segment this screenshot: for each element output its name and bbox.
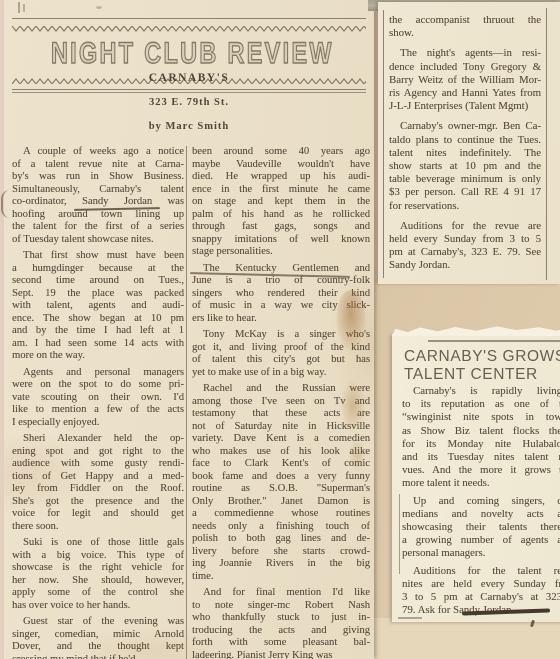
text-line: dence included Tony Gregory & (389, 61, 541, 74)
paragraph: The night's agents—in resi-dence include… (389, 47, 541, 113)
text-line: routine as S.O.B. "Superman's (192, 483, 370, 496)
side-partial-rule (399, 494, 400, 574)
text-line: for its Monday nite Hulabalo (402, 438, 560, 451)
text-line: polish to both gag lines and de- (192, 533, 370, 546)
paragraph: Sheri Alexander held the op-ening spot a… (12, 433, 184, 533)
text-line: and by the time I had left at 1 (12, 325, 184, 338)
text-line: through fast gags, songs and (192, 221, 370, 234)
side-clipping-bottom-text: Carnaby's is rapidly livingto its reputa… (402, 385, 560, 617)
text-line: The night's agents—in resi- (389, 47, 541, 60)
side-right-rule (546, 8, 547, 280)
side-headline-line2: TALENT CENTER (404, 366, 560, 384)
text-line: troducing the acts and giving (192, 625, 370, 638)
text-line: A couple of weeks ago a notice (12, 146, 184, 159)
text-line: ence in the first minute he came (192, 184, 370, 197)
text-line: been around some 40 years ago (192, 146, 370, 159)
text-line: more talent it needs. (402, 477, 560, 490)
text-line: time. (192, 571, 370, 584)
text-line: ris Agency and Hanni Yates from (389, 87, 541, 100)
text-line: am. I had seen some 14 acts with (12, 338, 184, 351)
paragraph: And for final mention I'd liketo note si… (192, 587, 370, 659)
text-line: of talent this city's got but has (192, 354, 370, 367)
text-line: Sept. 19 the place was packed (12, 288, 184, 301)
text-line: to note singer-mc Robert Nash (192, 600, 370, 613)
text-line: livery before she starts crowd- (192, 546, 370, 559)
venue-name: CARNABY'S (4, 72, 374, 84)
text-line: apply some of the control she (12, 587, 184, 600)
side-clipping-bottom: CARNABY'S GROWS AS TALENT CENTER Carnaby… (392, 334, 560, 622)
paragraph: A couple of weeks ago a noticeof a talen… (12, 146, 184, 246)
scanned-newspaper-page: NIGHT CLUB REVIEW CARNABY'S 323 E. 79th … (0, 0, 560, 659)
text-line: on stage and kept them in the (192, 196, 370, 209)
banner-top-rule (12, 18, 366, 19)
side-clipping-top-text: the accompanist thruout theshow.The nigh… (389, 14, 541, 273)
text-line: the accompanist thruout the (389, 14, 541, 27)
text-line: palm of his hand as he rollicked (192, 209, 370, 222)
text-line: medians and novelty acts a (402, 508, 560, 521)
text-line: like to mention a few of the acts (12, 404, 184, 417)
text-line: yet to make use of in a big way. (192, 367, 370, 380)
paragraph: Guest star of the evening wassinger, com… (12, 616, 184, 659)
clipping-top-rule (428, 340, 560, 342)
text-line: vues. And the more it grows t (402, 464, 560, 477)
text-line: voice for legit and should get (12, 508, 184, 521)
text-line: Auditions for the revue are (389, 220, 541, 233)
text-line: ence. The show began at 10 pm (12, 313, 184, 326)
main-article-clipping: NIGHT CLUB REVIEW CARNABY'S 323 E. 79th … (4, 0, 374, 659)
text-line: with talent, agents and audi- (12, 300, 184, 313)
text-line: of Tuesday talent showcase nites. (12, 234, 184, 247)
text-line: died. He wrapped up his audi- (192, 171, 370, 184)
text-line: needs only a finishing touch of (192, 521, 370, 534)
text-line: forth with some pleasant bal- (192, 637, 370, 650)
side-clipping-top: the accompanist thruout theshow.The nigh… (378, 2, 560, 284)
text-line: Suki is one of those little gals (12, 537, 184, 550)
text-line: “swinginist nite spots in tow (402, 411, 560, 424)
text-line: for reservations. (389, 200, 541, 213)
paragraph: been around some 40 years agomaybe Vaude… (192, 146, 370, 259)
paragraph: Suki is one of those little galswith a b… (12, 537, 184, 612)
ink-smudge (23, 4, 25, 12)
side-headline-line1: CARNABY'S GROWS AS (404, 348, 560, 366)
text-line: by's was run in Show Business. (12, 171, 184, 184)
text-line: who thankfully stuck to just in- (192, 612, 370, 625)
ink-smudge (18, 2, 20, 13)
text-line: a commedienne whose routines (192, 508, 370, 521)
venue-address: 323 E. 79th St. (4, 97, 374, 108)
text-line: ladeering. Pianist Jerry King was (192, 650, 370, 659)
text-line: with a big voice. This type of (12, 550, 184, 563)
text-line: were on the spot to do some pri- (12, 379, 184, 392)
text-line: ley from Fiddler on the Roof. (12, 483, 184, 496)
text-line: Sheri Alexander held the op- (12, 433, 184, 446)
text-line: there soon. (12, 521, 184, 534)
text-line: I especially enjoyed. (12, 417, 184, 430)
text-line: Agents and personal managers (12, 367, 184, 380)
paragraph: That first show must have beena humgding… (12, 250, 184, 363)
paper-stain (340, 380, 366, 432)
text-line: book fame and does a very funny (192, 471, 370, 484)
column-divider-rule (186, 146, 187, 659)
text-line: Barry Weitz of the William Mor- (389, 74, 541, 87)
side-headline: CARNABY'S GROWS AS TALENT CENTER (404, 348, 560, 383)
section-title: NIGHT CLUB REVIEW (51, 38, 327, 70)
text-line: J-L-J Enterprises (Talent Mgmt) (389, 100, 541, 113)
text-line: a growing number of agents a (402, 534, 560, 547)
text-line: And for final mention I'd like (192, 587, 370, 600)
text-line: face to Clark Kent's of comic (192, 458, 370, 471)
paragraph: Agents and personal managerswere on the … (12, 367, 184, 430)
ink-smudge (96, 6, 102, 9)
text-line: Carnaby's is rapidly living (402, 385, 560, 398)
text-line: a humgdinger because at the (12, 263, 184, 276)
text-line: second time around on Tues., (12, 275, 184, 288)
paragraph: Carnaby's owner-mgr. Ben Ca-taldo plans … (389, 120, 541, 212)
text-line: Simultaneously, Carnaby's talent (12, 184, 184, 197)
banner-bottom-rule (12, 89, 366, 93)
text-line: to its reputation as one of t (402, 398, 560, 411)
text-line: crossing my mind that if he'd (12, 654, 184, 659)
text-line: table beverage minimum is only (389, 173, 541, 186)
paper-stain (336, 290, 366, 350)
text-line: Up and coming singers, c (402, 495, 560, 508)
text-line: show starts at 10 pm and the (389, 160, 541, 173)
paragraph: Carnaby's is rapidly livingto its reputa… (402, 385, 560, 491)
text-line: She's got the presence and the (12, 496, 184, 509)
handwritten-underline-fragment (398, 617, 422, 619)
text-line: of a talent revue nite at Carna- (12, 159, 184, 172)
article-column-1: A couple of weeks ago a noticeof a talen… (12, 146, 184, 659)
text-line: Dover, and the thought kept (12, 641, 184, 654)
text-line: maybe Vaudeville wouldn't have (192, 159, 370, 172)
text-line: held every Sunday from 3 to 5 (389, 233, 541, 246)
text-line: $3 per person. Call RE 4 91 17 (389, 186, 541, 199)
text-line: showcase is the right vehicle for (12, 562, 184, 575)
text-line: talent nites indefinitely. The (389, 147, 541, 160)
paper-stain (348, 438, 366, 472)
text-line: show. (389, 27, 541, 40)
text-line: tions of Get Happy and a med- (12, 471, 184, 484)
text-line: as Show Biz talent flocks the (402, 425, 560, 438)
text-line: vate scouting on their own. I'd (12, 392, 184, 405)
text-line: That first show must have been (12, 250, 184, 263)
text-line: snappy imitations of well known (192, 234, 370, 247)
text-line: showcasing their talents there (402, 521, 560, 534)
text-line: Only Brother." Janet Damon is (192, 496, 370, 509)
text-line: ing Joannie Rivers in the big (192, 558, 370, 571)
text-line: Sandy Jordan. (389, 259, 541, 272)
paragraph: Up and coming singers, cmedians and nove… (402, 495, 560, 561)
text-line: nites are held every Sunday fr (402, 578, 560, 591)
text-line: has over voice to her hands. (12, 600, 184, 613)
text-line: 3 to 5 pm at Carnaby's at 323 (402, 591, 560, 604)
paragraph: Auditions for the revue areheld every Su… (389, 220, 541, 273)
text-line: more on the way. (12, 350, 184, 363)
text-line: Guest star of the evening was (12, 616, 184, 629)
text-line: stage personalities. (192, 246, 370, 259)
handwritten-margin-paren (1, 190, 10, 218)
text-line: Auditions for the talent re (402, 565, 560, 578)
text-line: personal managers. (402, 547, 560, 560)
text-line: her now. She should, however, (12, 575, 184, 588)
text-line: and its Tuesday nites talent r (402, 451, 560, 464)
paragraph: the accompanist thruout theshow. (389, 14, 541, 40)
text-line: variety. Dave Kent is a comedien (192, 433, 370, 446)
sawtooth-border-top (12, 26, 366, 32)
byline: by Marc Smith (4, 121, 374, 132)
text-line: the talent for the first of a series (12, 221, 184, 234)
text-line: singer, comedian, mimic Arnold (12, 629, 184, 642)
text-line: pm at Carnaby's, 323 E. 79. See (389, 246, 541, 259)
text-line: ening spot and got right to the (12, 446, 184, 459)
text-line: Carnaby's owner-mgr. Ben Ca- (389, 120, 541, 133)
side-left-rule (383, 10, 384, 278)
text-line: who makes use of his look alike (192, 446, 370, 459)
text-line: taldo plans to continue the Tues. (389, 134, 541, 147)
text-line: audience with some gusty rendi- (12, 458, 184, 471)
